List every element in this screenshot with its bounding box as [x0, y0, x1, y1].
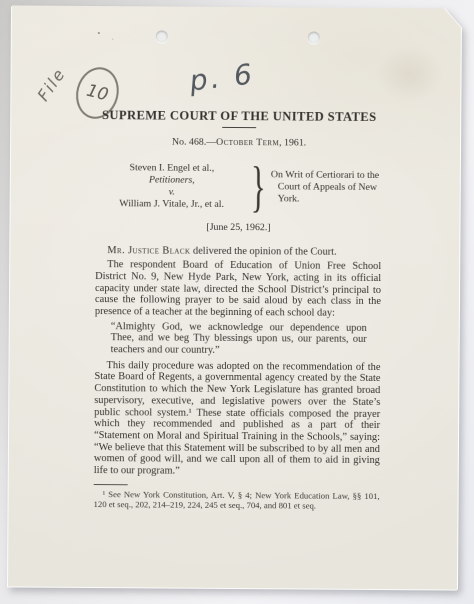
footnote-1: ¹ See New York Constitution, Art. V, § 4…	[94, 489, 380, 512]
opinion-lead: Mr. Justice Black delivered the opinion …	[95, 245, 381, 259]
document-page-wrapper: File 10 p. 6 SUPREME COURT OF THE UNITED…	[8, 5, 461, 589]
docket-year: , 1961.	[279, 137, 306, 148]
paper-smudge	[374, 44, 444, 104]
punch-hole	[308, 32, 320, 44]
opinion-lead-rest: delivered the opinion of the Court.	[190, 246, 336, 258]
versus-label: v.	[96, 186, 248, 199]
body-paragraph-2: This daily procedure was adopted on the …	[94, 360, 381, 479]
document-title: SUPREME COURT OF THE UNITED STATES	[96, 108, 382, 125]
handwritten-file-note: File	[34, 64, 70, 104]
justice-name: Mr. Justice Black	[107, 246, 190, 258]
caption-parties: Steven I. Engel et al., Petitioners, v. …	[96, 162, 248, 211]
handwritten-page-note: p. 6	[188, 57, 257, 97]
decision-date: [June 25, 1962.]	[95, 221, 381, 235]
petitioner-designation: Petitioners,	[96, 174, 248, 187]
opinion-text-column: SUPREME COURT OF THE UNITED STATES No. 4…	[94, 108, 383, 512]
writ-of-certiorari: On Writ of Certiorari to the Court of Ap…	[264, 169, 382, 206]
prayer-quote: “Almighty God, we acknowledge our depend…	[111, 321, 367, 358]
paper-speckles	[98, 32, 100, 34]
docket-line: No. 468.—October Term, 1961.	[96, 136, 382, 150]
scan-background: File 10 p. 6 SUPREME COURT OF THE UNITED…	[0, 0, 474, 604]
petitioner-name: Steven I. Engel et al.,	[96, 162, 248, 175]
caption-brace: }	[251, 162, 259, 212]
docket-term: October Term	[216, 137, 279, 148]
document-page: File 10 p. 6 SUPREME COURT OF THE UNITED…	[8, 5, 461, 589]
docket-number: No. 468.—	[172, 137, 216, 148]
case-caption: Steven I. Engel et al., Petitioners, v. …	[96, 161, 382, 213]
respondent-name: William J. Vitale, Jr., et al.	[96, 198, 248, 211]
circled-number-text: 10	[84, 81, 110, 106]
title-rule	[222, 127, 256, 128]
footnote-rule	[94, 484, 128, 485]
punch-hole	[156, 30, 168, 42]
body-paragraph-1: The respondent Board of Education of Uni…	[95, 259, 381, 320]
